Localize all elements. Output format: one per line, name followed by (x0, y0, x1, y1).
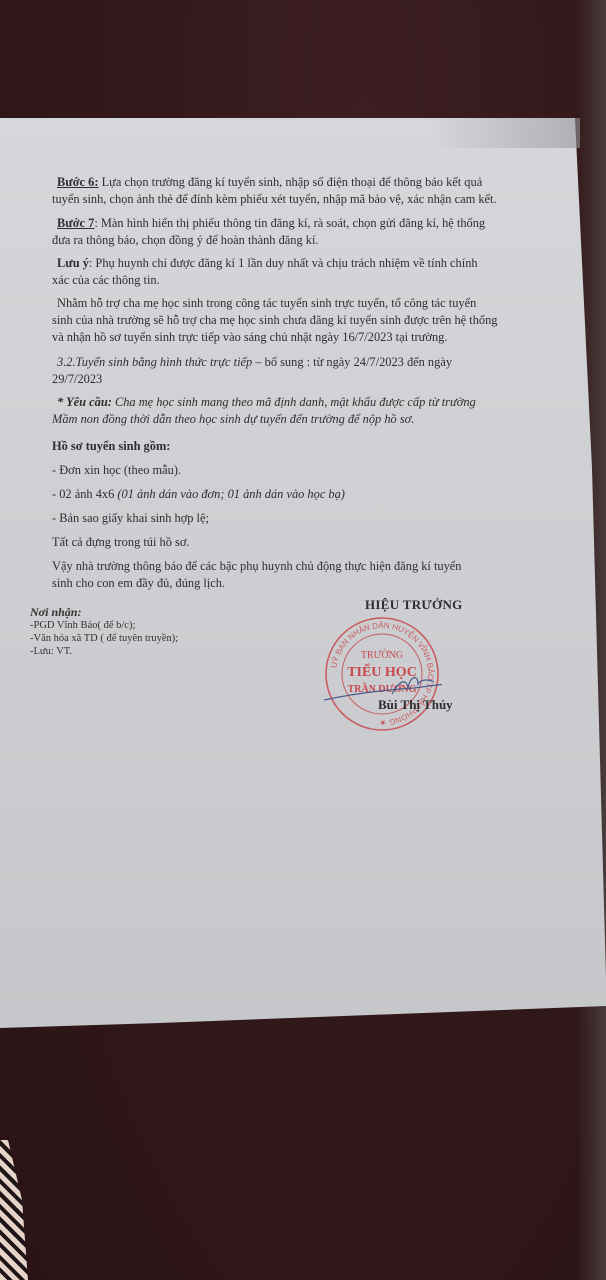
official-stamp: UỶ BAN NHÂN DÂN HUYỆN VĨNH BẢO TP HẢI PH… (322, 614, 442, 734)
requirement-label: * Yêu cầu: (57, 395, 112, 409)
signature-title: HIỆU TRƯỞNG (365, 596, 463, 613)
note-label: Lưu ý (57, 256, 89, 270)
recipient-item: -Văn hóa xã TD ( để tuyên truyền); (30, 632, 178, 645)
recipient-item: -Lưu: VT. (30, 645, 178, 658)
dossier-item: - Đơn xin học (theo mẫu). (52, 462, 572, 479)
dossier-item: - 02 ảnh 4x6 (01 ảnh dán vào đơn; 01 ảnh… (52, 486, 572, 503)
conclusion-paragraph: Vậy nhà trường thông báo để các bậc phụ … (52, 558, 572, 592)
step-6-paragraph: Bước 6: Lựa chọn trường đăng kí tuyển si… (52, 174, 572, 208)
fabric-corner (0, 1140, 28, 1280)
stamp-line-1: TRƯỜNG (361, 649, 403, 661)
dossier-heading: Hồ sơ tuyển sinh gồm: (52, 438, 572, 455)
recipient-item: -PGD Vĩnh Bảo( để b/c); (30, 619, 178, 632)
stamp-line-2: TIỂU HỌC (347, 662, 417, 680)
signer-name: Bùi Thị Thúy (378, 696, 453, 713)
requirement-paragraph: * Yêu cầu: Cha mẹ học sinh mang theo mã … (52, 394, 572, 428)
support-paragraph: Nhằm hỗ trợ cha mẹ học sinh trong công t… (52, 295, 572, 346)
note-paragraph: Lưu ý: Phụ huynh chỉ được đăng kí 1 lần … (52, 255, 572, 289)
section-3-2-paragraph: 3.2.Tuyển sinh bằng hình thức trực tiếp … (52, 354, 572, 388)
step-6-label: Bước 6: (57, 175, 98, 189)
dossier-item: - Bản sao giấy khai sinh hợp lệ; (52, 510, 572, 527)
recipients-block: Nơi nhận: -PGD Vĩnh Bảo( để b/c); -Văn h… (30, 606, 178, 658)
recipients-heading: Nơi nhận: (30, 606, 178, 619)
step-7-label: Bước 7 (57, 216, 94, 230)
step-7-paragraph: Bước 7: Màn hình hiển thị phiếu thông ti… (52, 215, 572, 249)
dossier-closing: Tất cả đựng trong túi hồ sơ. (52, 534, 572, 551)
